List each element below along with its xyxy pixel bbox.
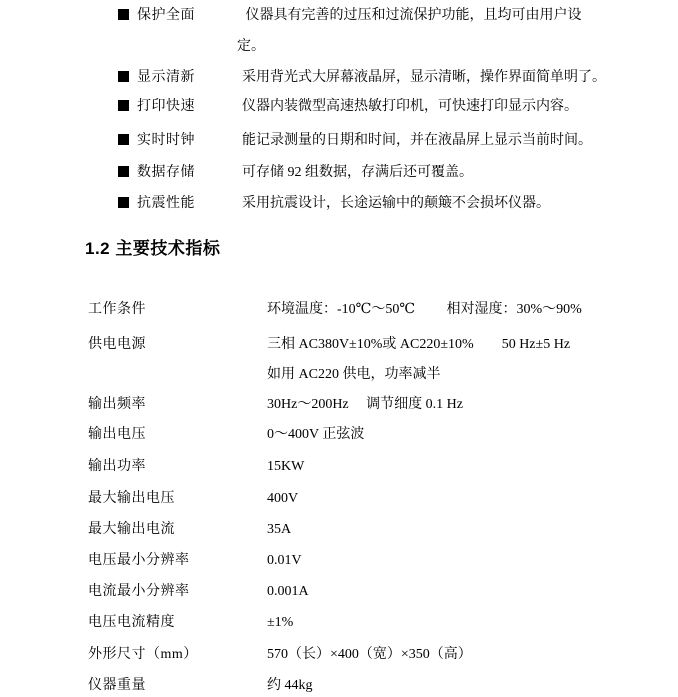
spec-row: 最大输出电流 35A	[0, 521, 678, 539]
spec-row: 仪器重量 约 44kg	[0, 677, 678, 695]
feature-desc: 能记录测量的日期和时间，并在液晶屏上显示当前时间。	[242, 132, 592, 149]
spec-value: 0.01V	[267, 552, 302, 569]
spec-value: 0.001A	[267, 583, 309, 600]
bullet-square-icon	[118, 71, 129, 82]
spec-row: 工作条件 环境温度：-10℃～50℃ 相对湿度：30%～90%	[0, 301, 678, 319]
spec-value-continued: 如用 AC220 供电，功率减半	[267, 366, 440, 383]
feature-label: 实时时钟	[137, 132, 195, 149]
spec-label: 最大输出电压	[88, 490, 175, 507]
spec-label: 电压最小分辨率	[88, 552, 190, 569]
feature-row: 显示清新 采用背光式大屏幕液晶屏，显示清晰，操作界面简单明了。	[0, 69, 678, 87]
feature-desc: 可存储 92 组数据，存满后还可覆盖。	[242, 164, 473, 181]
section-heading: 1.2 主要技术指标	[85, 240, 220, 257]
spec-row: 最大输出电压 400V	[0, 490, 678, 508]
spec-row: 输出功率 15KW	[0, 458, 678, 476]
feature-desc-continued: 定。	[237, 38, 265, 55]
feature-label: 数据存储	[137, 164, 195, 181]
document-page: 保护全面 仪器具有完善的过压和过流保护功能，且均可由用户设 定。 显示清新 采用…	[0, 0, 678, 697]
feature-desc: 采用抗震设计，长途运输中的颠簸不会损坏仪器。	[242, 195, 550, 212]
feature-label: 抗震性能	[137, 195, 195, 212]
spec-row: 供电电源 三相 AC380V±10%或 AC220±10% 50 Hz±5 Hz	[0, 336, 678, 354]
spec-row-continuation: 如用 AC220 供电，功率减半	[0, 366, 678, 384]
spec-label: 输出电压	[88, 426, 146, 443]
bullet-square-icon	[118, 134, 129, 145]
spec-value: 约 44kg	[267, 677, 313, 694]
feature-desc: 仪器具有完善的过压和过流保护功能，且均可由用户设	[242, 7, 582, 24]
spec-value: ±1%	[267, 614, 293, 631]
bullet-square-icon	[118, 166, 129, 177]
spec-label: 供电电源	[88, 336, 146, 353]
spec-value: 环境温度：-10℃～50℃ 相对湿度：30%～90%	[267, 301, 582, 318]
bullet-square-icon	[118, 9, 129, 20]
spec-value: 400V	[267, 490, 298, 507]
spec-row: 电压电流精度 ±1%	[0, 614, 678, 632]
spec-row: 输出电压 0～400V 正弦波	[0, 426, 678, 444]
spec-label: 工作条件	[88, 301, 146, 318]
spec-row: 输出频率 30Hz～200Hz 调节细度 0.1 Hz	[0, 396, 678, 414]
spec-label: 电压电流精度	[88, 614, 175, 631]
spec-label: 电流最小分辨率	[88, 583, 190, 600]
spec-label: 最大输出电流	[88, 521, 175, 538]
spec-value: 30Hz～200Hz 调节细度 0.1 Hz	[267, 396, 463, 413]
feature-row: 保护全面 仪器具有完善的过压和过流保护功能，且均可由用户设	[0, 7, 678, 25]
feature-label: 保护全面	[137, 7, 195, 24]
feature-label: 打印快速	[137, 98, 195, 115]
spec-value: 三相 AC380V±10%或 AC220±10% 50 Hz±5 Hz	[267, 336, 570, 353]
feature-label: 显示清新	[137, 69, 195, 86]
feature-row: 抗震性能 采用抗震设计，长途运输中的颠簸不会损坏仪器。	[0, 195, 678, 213]
feature-row: 数据存储 可存储 92 组数据，存满后还可覆盖。	[0, 164, 678, 182]
feature-row-continuation: 定。	[0, 38, 678, 56]
spec-value: 570（长）×400（宽）×350（高）	[267, 646, 472, 663]
spec-value: 0～400V 正弦波	[267, 426, 364, 443]
spec-label: 外形尺寸（mm）	[88, 646, 198, 663]
feature-desc: 仪器内装微型高速热敏打印机，可快速打印显示内容。	[242, 98, 578, 115]
feature-desc: 采用背光式大屏幕液晶屏，显示清晰，操作界面简单明了。	[242, 69, 606, 86]
spec-row: 外形尺寸（mm） 570（长）×400（宽）×350（高）	[0, 646, 678, 664]
spec-row: 电压最小分辨率 0.01V	[0, 552, 678, 570]
spec-value: 35A	[267, 521, 291, 538]
feature-row: 实时时钟 能记录测量的日期和时间，并在液晶屏上显示当前时间。	[0, 132, 678, 150]
spec-value: 15KW	[267, 458, 304, 475]
spec-label: 输出功率	[88, 458, 146, 475]
bullet-square-icon	[118, 100, 129, 111]
spec-label: 输出频率	[88, 396, 146, 413]
bullet-square-icon	[118, 197, 129, 208]
spec-label: 仪器重量	[88, 677, 146, 694]
spec-row: 电流最小分辨率 0.001A	[0, 583, 678, 601]
feature-row: 打印快速 仪器内装微型高速热敏打印机，可快速打印显示内容。	[0, 98, 678, 116]
